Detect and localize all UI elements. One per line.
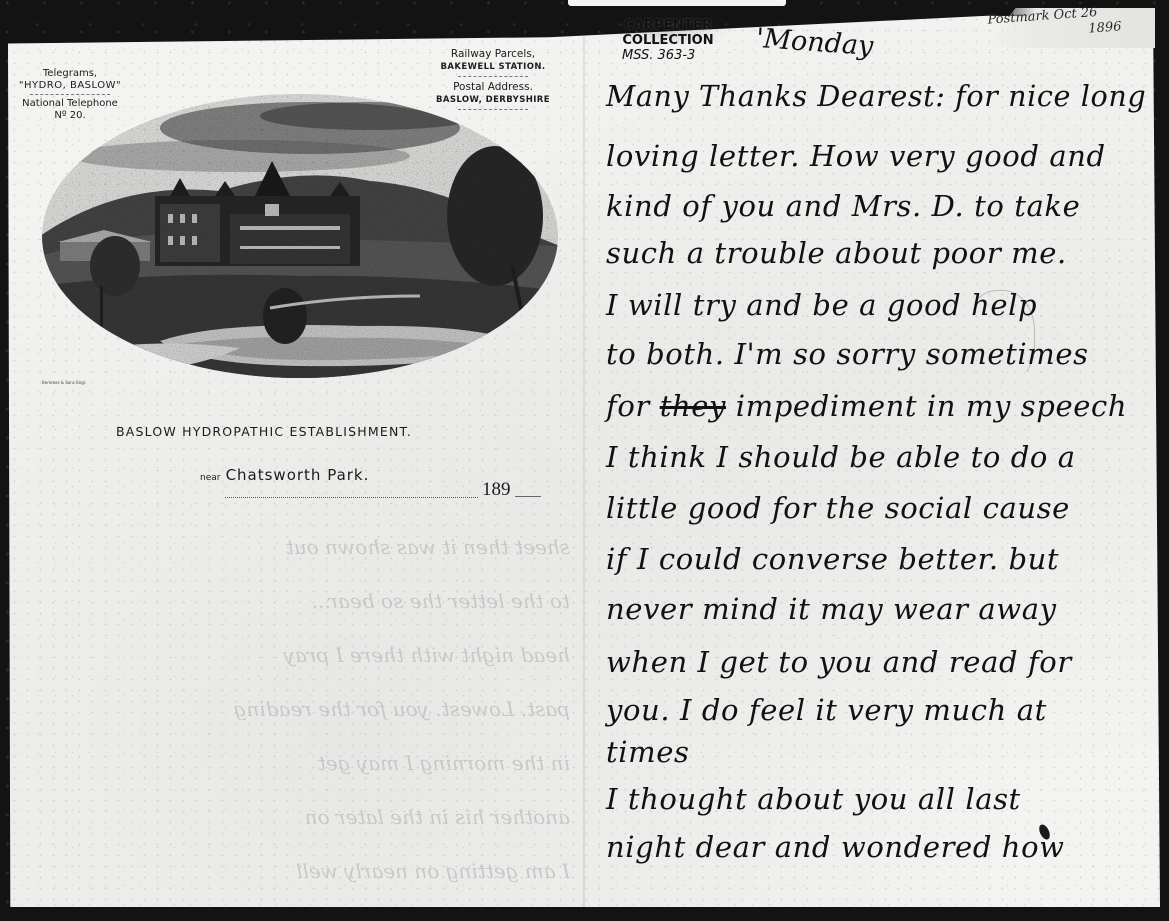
bleed-through-text: sheet then it was shown out to the lette… bbox=[30, 520, 570, 898]
railway-station: BAKEWELL STATION. bbox=[418, 61, 568, 73]
bleed-line: another his in the later on bbox=[30, 790, 570, 844]
near-place: Chatsworth Park. bbox=[226, 466, 370, 484]
letter-line-3: kind of you and Mrs. D. to take bbox=[606, 189, 1080, 223]
engraver-credit: Bemrose & Sons Engr. bbox=[42, 380, 86, 385]
letter-line-12: when I get to you and read for bbox=[606, 645, 1072, 679]
letter-line-13: you. I do feel it very much at bbox=[606, 693, 1047, 727]
letter-line-10: if I could converse better. but bbox=[606, 542, 1059, 576]
telegrams-label: Telegrams, bbox=[14, 68, 126, 80]
letter-line-2: loving letter. How very good and bbox=[606, 139, 1106, 173]
struck-word: they bbox=[660, 389, 726, 423]
bleed-line: to the letter the so bear... bbox=[30, 574, 570, 628]
letter-line-6: to both. I'm so sorry sometimes bbox=[606, 337, 1089, 371]
letter-line-4: such a trouble about poor me. bbox=[606, 236, 1067, 270]
location-line: near Chatsworth Park. bbox=[200, 465, 369, 484]
stamp-line-3: MSS. 363-3 bbox=[612, 48, 724, 64]
bleed-line: past. Lowest. you for the reading bbox=[30, 682, 570, 736]
letter-line-9: little good for the social cause bbox=[606, 491, 1070, 525]
date-year-prefix: 189 bbox=[482, 479, 511, 501]
line-7-end: impediment in my speech bbox=[726, 389, 1127, 423]
date-line bbox=[225, 497, 478, 498]
bleed-line: sheet then it was shown out bbox=[30, 520, 570, 574]
letter-line-15: I thought about you all last bbox=[606, 782, 1021, 816]
archive-stamp: CARPENTER COLLECTION MSS. 363-3 bbox=[612, 18, 724, 64]
stamp-line-2: COLLECTION bbox=[612, 33, 724, 48]
line-7-start: for bbox=[606, 389, 660, 423]
scanner-tab bbox=[568, 0, 786, 6]
hydropathic-building-engraving bbox=[40, 86, 560, 386]
bleed-line: I am getting on nearly well bbox=[30, 844, 570, 898]
near-prefix: near bbox=[200, 473, 220, 483]
letter-line-8: I think I should be able to do a bbox=[606, 440, 1076, 474]
bleed-line: head night with there I pray bbox=[30, 628, 570, 682]
date-year-line bbox=[515, 496, 541, 497]
letter-line-16: night dear and wondered how bbox=[606, 830, 1065, 864]
letter-line-7: for they impediment in my speech bbox=[606, 389, 1127, 423]
divider bbox=[458, 76, 528, 77]
letter-line-1: Many Thanks Dearest: for nice long bbox=[606, 79, 1146, 113]
letter-line-11: never mind it may wear away bbox=[606, 592, 1057, 626]
bleed-line: in the morning I may get bbox=[30, 736, 570, 790]
letter-line-14: times bbox=[606, 735, 689, 769]
railway-label: Railway Parcels, bbox=[418, 48, 568, 61]
letter-line-5: I will try and be a good help bbox=[606, 288, 1037, 322]
stamp-line-1: CARPENTER bbox=[612, 18, 724, 33]
establishment-name: BASLOW HYDROPATHIC ESTABLISHMENT. bbox=[116, 424, 412, 439]
